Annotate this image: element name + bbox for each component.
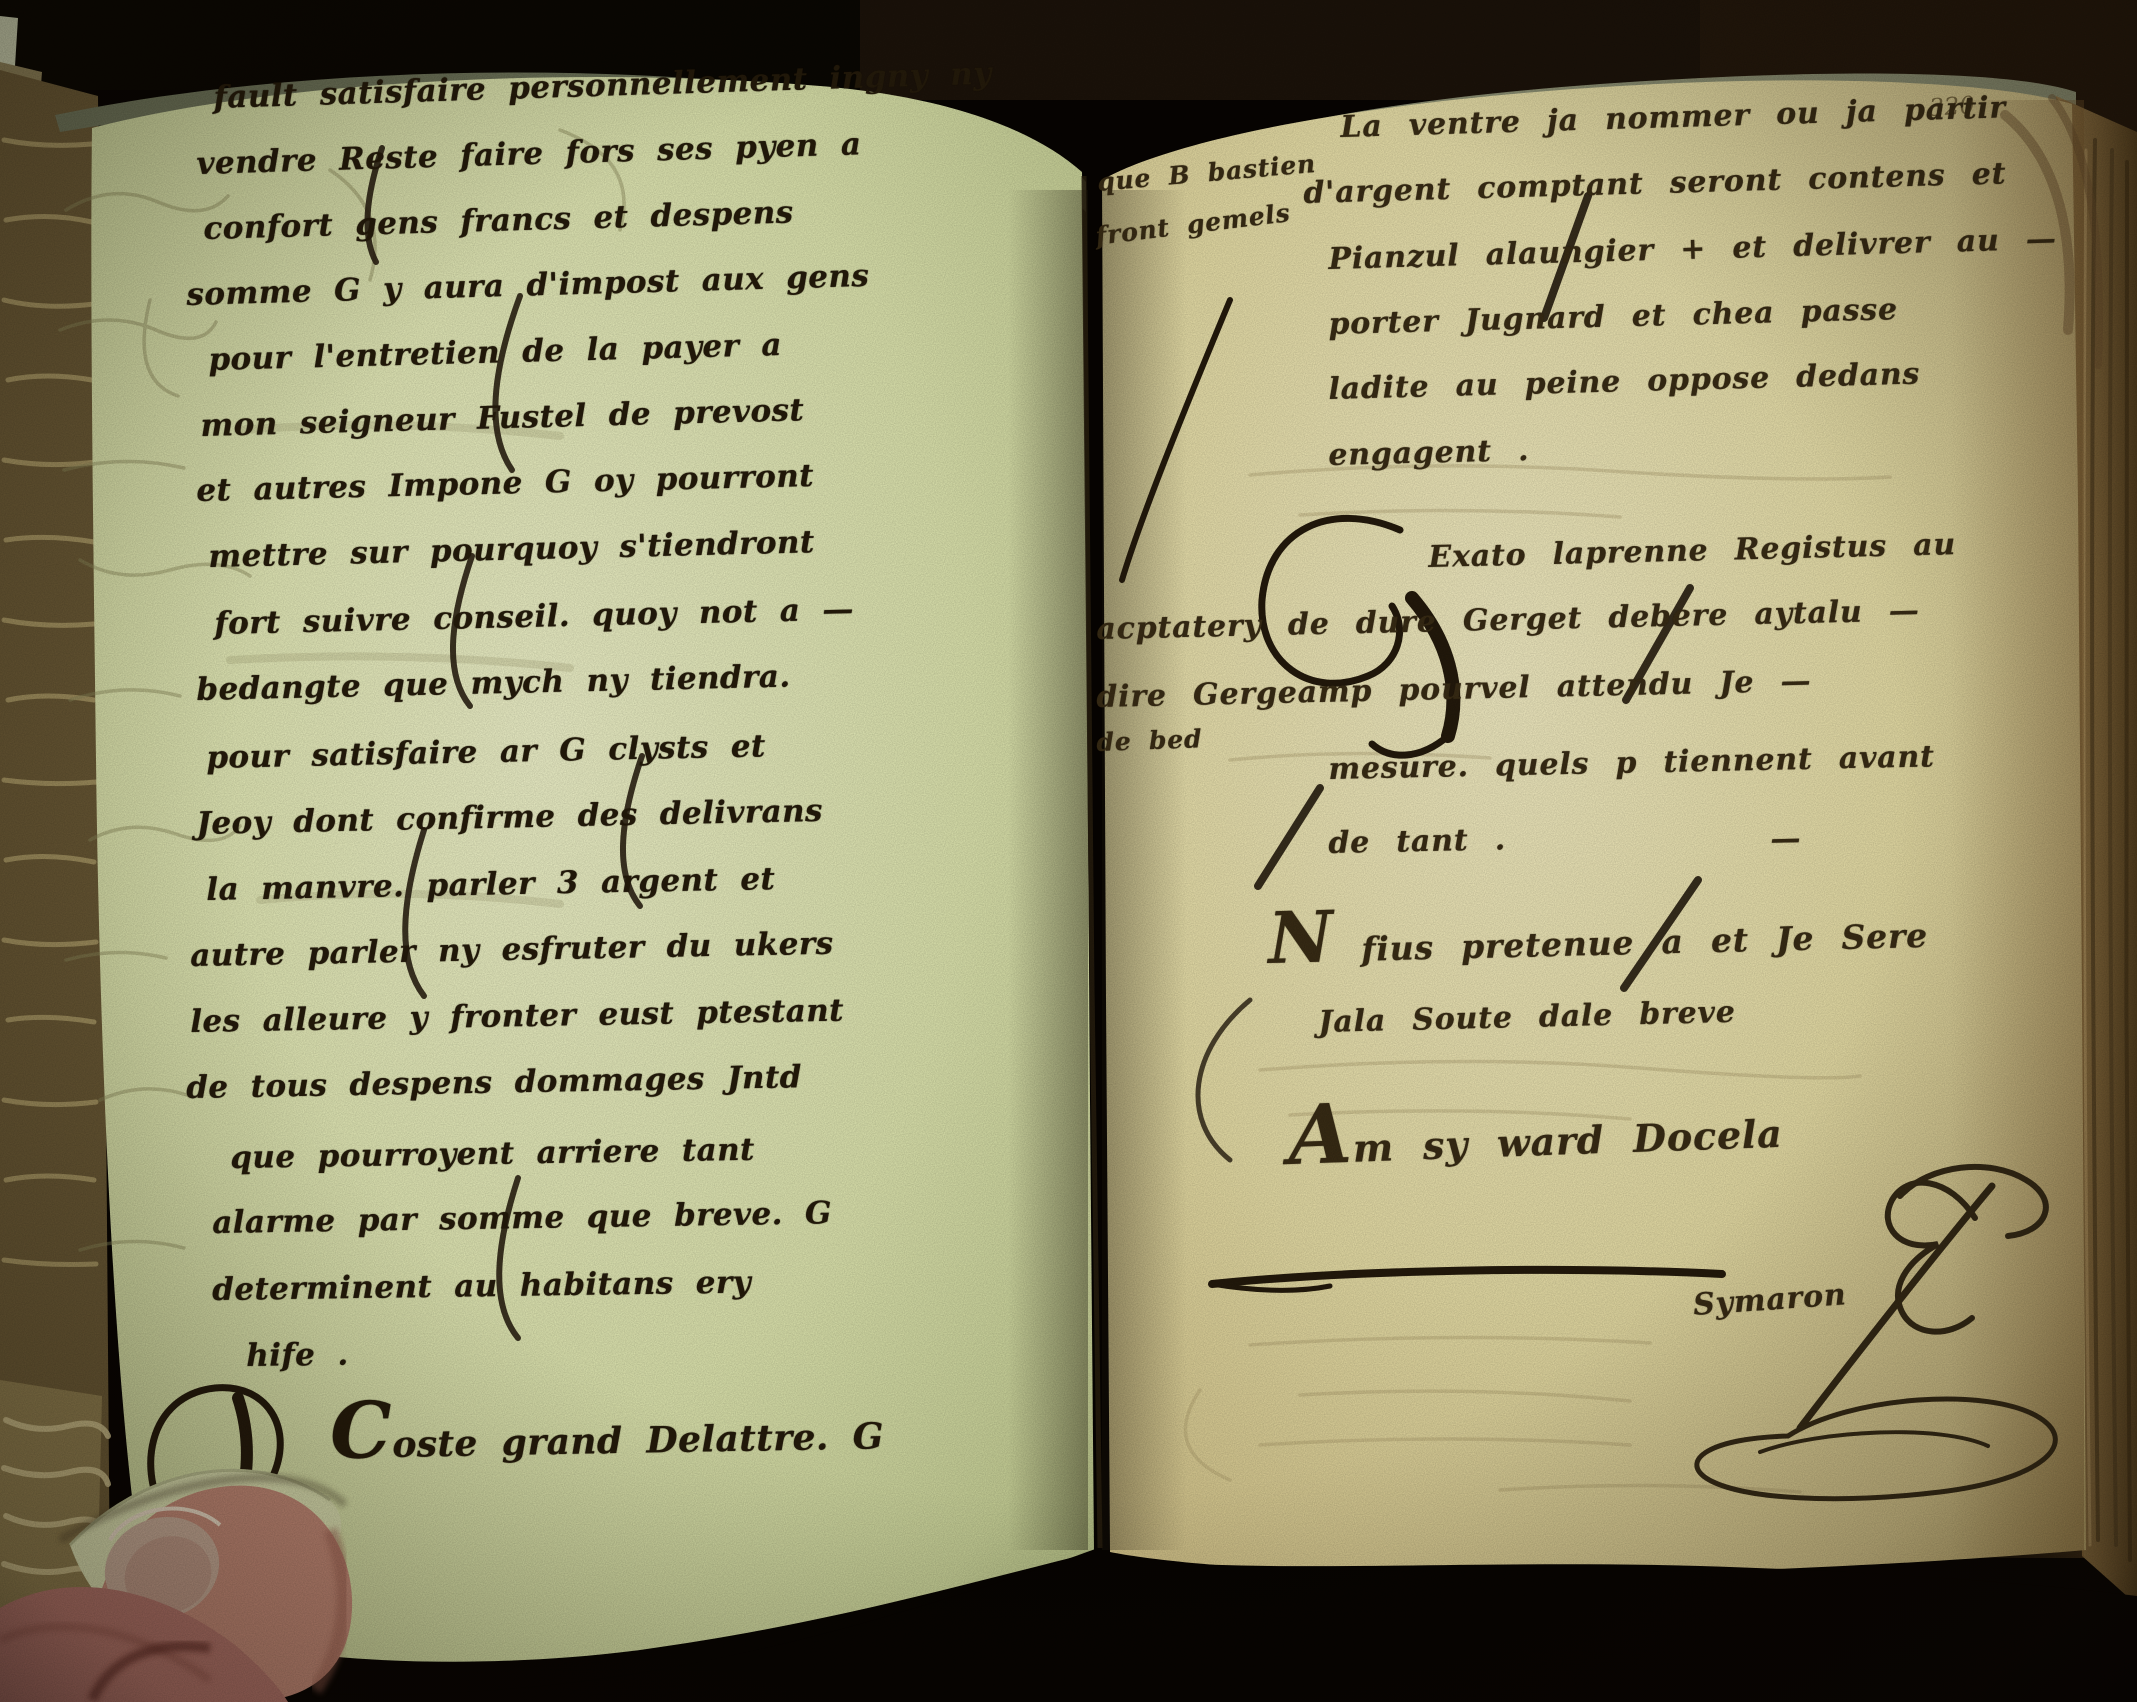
manuscript-line: bedangte que mych ny tiendra.: [196, 659, 791, 708]
handwriting-layer: fault satisfaire personnellement ingny n…: [0, 0, 2137, 1702]
manuscript-line: Jeoy dont confirme des delivrans: [196, 793, 823, 842]
manuscript-line: autre parler ny esfruter du ukers: [190, 926, 834, 974]
manuscript-line: N fius pretenue a et Je Sere: [1268, 916, 1928, 971]
manuscript-line: Pianzul alaungier + et delivrer au —: [1328, 222, 2057, 277]
manuscript-line: vendre Reste faire fors ses pyen a: [196, 126, 862, 182]
manuscript-line: somme G y aura d'impost aux gens: [186, 258, 870, 313]
manuscript-line: de tant .: [1328, 822, 1506, 861]
manuscript-line: d'argent comptant seront contens et: [1303, 156, 2007, 211]
manuscript-line: —: [1770, 821, 1802, 857]
margin-note: front gemels: [1094, 198, 1292, 251]
manuscript-line: Exato laprenne Registus au: [1428, 527, 1956, 575]
manuscript-line: et autres Impone G oy pourront: [196, 458, 814, 509]
signature-line: Am sy ward Docela: [1288, 1111, 1783, 1173]
manuscript-line: pour satisfaire ar G clysts et: [206, 728, 766, 776]
manuscript-line: porter Jugnard et chea passe: [1328, 292, 1898, 342]
manuscript-line: hife .: [246, 1337, 349, 1374]
left-page-bottom-note: Coste grand Delattre. G: [330, 1415, 884, 1467]
manuscript-line: pour l'entretien de la payer a: [208, 327, 782, 378]
manuscript-photograph: fault satisfaire personnellement ingny n…: [0, 0, 2137, 1702]
manuscript-line: La ventre ja nommer ou ja partir: [1340, 90, 2007, 145]
manuscript-line: confort gens francs et despens: [203, 195, 794, 247]
manuscript-line: fault satisfaire personnellement ingny n…: [213, 56, 992, 116]
manuscript-line: que pourroyent arriere tant: [230, 1132, 755, 1176]
manuscript-line: acptatery de dure Gerget debere aytalu —: [1096, 593, 1920, 647]
manuscript-line: mesure. quels p tiennent avant: [1328, 739, 1935, 787]
margin-note: de bed: [1096, 724, 1203, 757]
manuscript-line: mon seigneur Fustel de prevost: [200, 392, 805, 444]
manuscript-line: les alleure y fronter eust ptestant: [190, 993, 844, 1040]
manuscript-line: alarme par somme que breve. G: [212, 1195, 832, 1241]
manuscript-line: determinent au habitans ery: [212, 1264, 751, 1308]
manuscript-line: engagent .: [1328, 433, 1530, 473]
manuscript-line: ladite au peine oppose dedans: [1328, 357, 1921, 407]
manuscript-line: dire Gergeamp pourvel attendu Je —: [1096, 664, 1812, 715]
manuscript-line: Jala Soute dale breve: [1318, 995, 1736, 1040]
manuscript-line: fort suivre conseil. quoy not a —: [214, 591, 854, 642]
signature-name: Symaron: [1692, 1277, 1848, 1323]
manuscript-line: mettre sur pourquoy s'tiendront: [208, 524, 815, 575]
manuscript-line: la manvre. parler 3 argent et: [206, 861, 776, 908]
manuscript-line: de tous despens dommages Jntd: [186, 1059, 802, 1106]
margin-note: que B bastien: [1096, 149, 1317, 197]
